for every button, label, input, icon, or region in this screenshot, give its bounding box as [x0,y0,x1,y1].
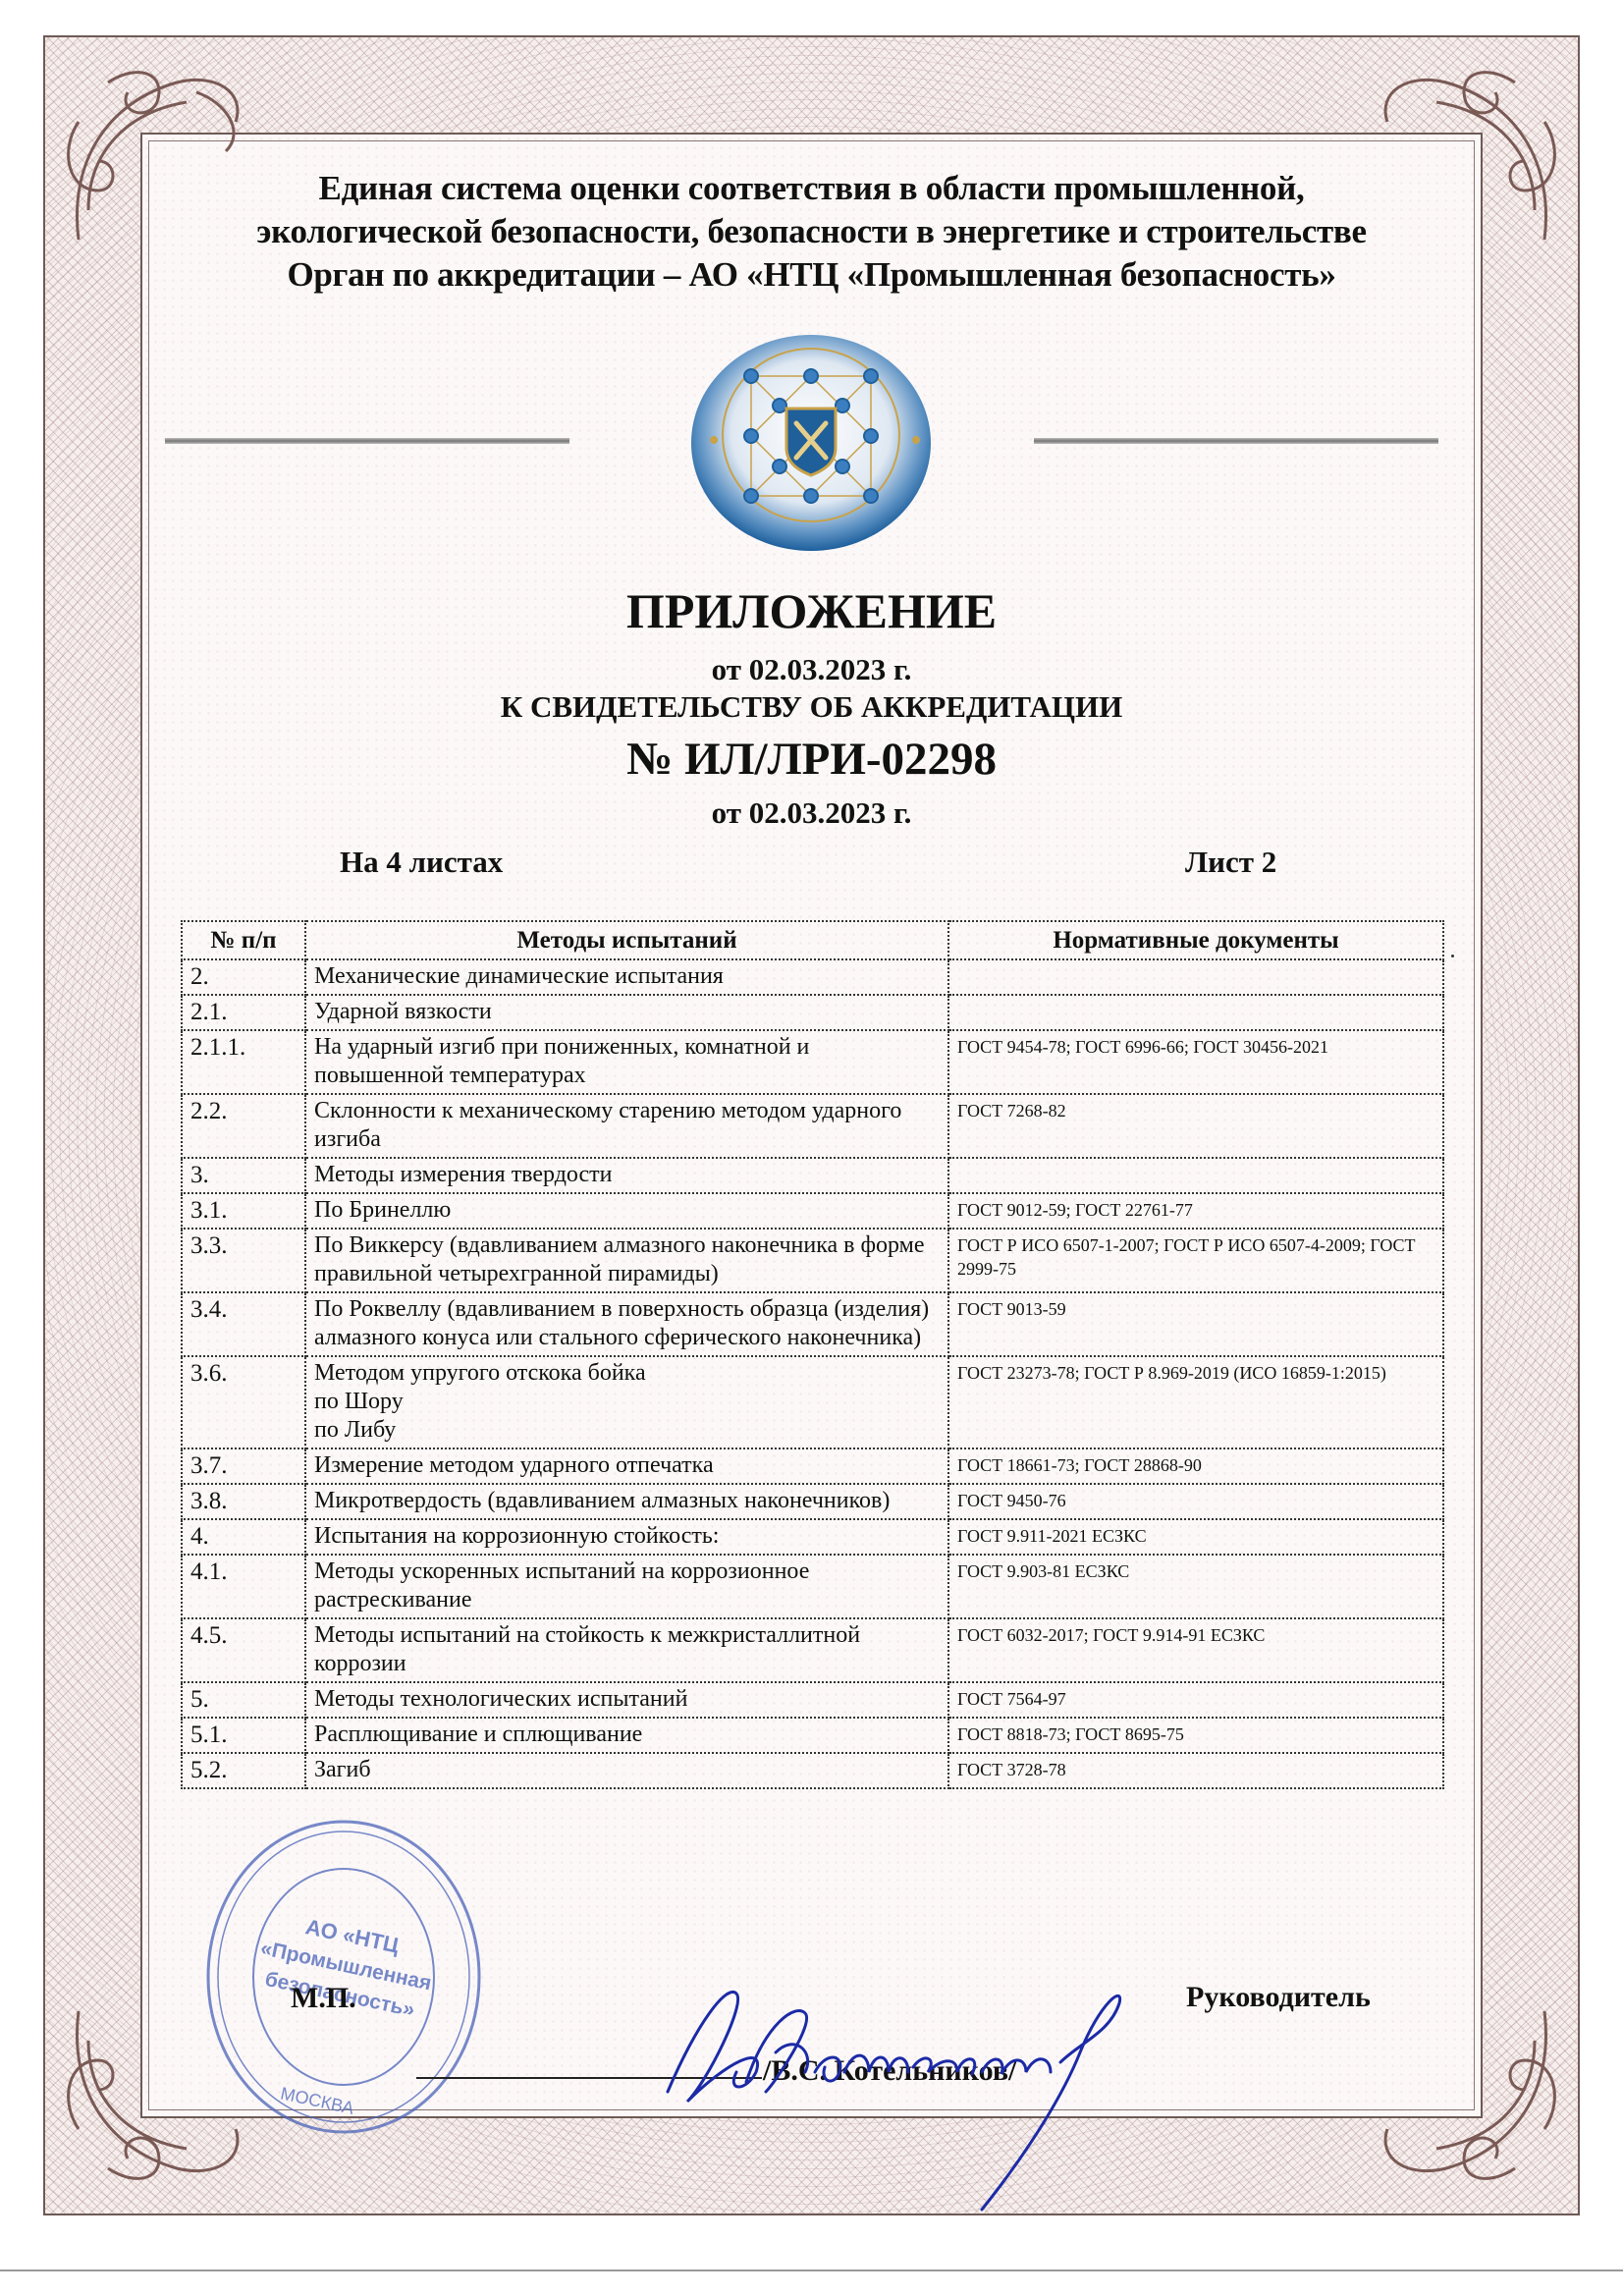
column-header-method: Методы испытаний [305,921,948,959]
table-header-row: № п/п Методы испытаний Нормативные докум… [182,921,1443,959]
normative-docs [948,959,1443,995]
row-number: 2.2. [182,1094,305,1158]
normative-docs: ГОСТ 8818-73; ГОСТ 8695-75 [948,1718,1443,1753]
divider [1034,438,1438,444]
method-name: Методом упругого отскока бойка по Шору п… [305,1356,948,1449]
column-header-number: № п/п [182,921,305,959]
table-row: 2.Механические динамические испытания [182,959,1443,995]
normative-docs: ГОСТ 9454-78; ГОСТ 6996-66; ГОСТ 30456-2… [948,1030,1443,1094]
row-number: 3.4. [182,1292,305,1356]
normative-docs: ГОСТ 9013-59 [948,1292,1443,1356]
row-number: 3.6. [182,1356,305,1449]
row-number: 4. [182,1519,305,1555]
official-seal-stamp: АО «НТЦ «Промышленная безопасность» МОСК… [201,1815,486,2139]
normative-docs: ГОСТ 18661-73; ГОСТ 28868-90 [948,1449,1443,1484]
column-header-docs: Нормативные документы [948,921,1443,959]
method-name: Методы технологических испытаний [305,1682,948,1718]
table-row: 3.8.Микротвердость (вдавливанием алмазны… [182,1484,1443,1519]
table-row: 4.Испытания на коррозионную стойкость:ГО… [182,1519,1443,1555]
normative-docs: ГОСТ 7268-82 [948,1094,1443,1158]
emblem-logo-icon [680,332,942,558]
table-row: 3.3.По Виккерсу (вдавливанием алмазного … [182,1229,1443,1292]
normative-docs: ГОСТ 9.911-2021 ЕСЗКС [948,1519,1443,1555]
document-title: ПРИЛОЖЕНИЕ [157,581,1466,640]
scan-edge-line [0,2269,1623,2271]
table-row: 2.1.1.На ударный изгиб при пониженных, к… [182,1030,1443,1094]
row-number: 4.5. [182,1618,305,1682]
method-name: Загиб [305,1753,948,1788]
certificate-number: № ИЛ/ЛРИ-02298 [157,732,1466,787]
method-name: По Роквеллу (вдавливанием в поверхность … [305,1292,948,1356]
row-number: 3.7. [182,1449,305,1484]
scan-speck [1451,955,1454,957]
table-row: 4.5.Методы испытаний на стойкость к межк… [182,1618,1443,1682]
normative-docs: ГОСТ 23273-78; ГОСТ Р 8.969-2019 (ИСО 16… [948,1356,1443,1449]
method-name: Ударной вязкости [305,995,948,1030]
methods-table: № п/п Методы испытаний Нормативные докум… [181,920,1444,1789]
row-number: 3.3. [182,1229,305,1292]
table-row: 5.2.ЗагибГОСТ 3728-78 [182,1753,1443,1788]
appendix-date: от 02.03.2023 г. [157,650,1466,689]
row-number: 3. [182,1158,305,1193]
normative-docs: ГОСТ 7564-97 [948,1682,1443,1718]
method-name: Методы измерения твердости [305,1158,948,1193]
row-number: 2. [182,959,305,995]
normative-docs: ГОСТ 6032-2017; ГОСТ 9.914-91 ЕСЗКС [948,1618,1443,1682]
method-name: По Виккерсу (вдавливанием алмазного нако… [305,1229,948,1292]
table-row: 2.2.Склонности к механическому старению … [182,1094,1443,1158]
header-line: Орган по аккредитации – АО «НТЦ «Промышл… [157,253,1466,297]
table-row: 3.1.По БринеллюГОСТ 9012-59; ГОСТ 22761-… [182,1193,1443,1229]
method-name: На ударный изгиб при пониженных, комнатн… [305,1030,948,1094]
method-name: Расплющивание и сплющивание [305,1718,948,1753]
header-line: экологической безопасности, безопасности… [157,210,1466,253]
table-row: 2.1.Ударной вязкости [182,995,1443,1030]
normative-docs: ГОСТ 3728-78 [948,1753,1443,1788]
method-name: Измерение методом ударного отпечатка [305,1449,948,1484]
table-row: 3.4.По Роквеллу (вдавливанием в поверхно… [182,1292,1443,1356]
row-number: 4.1. [182,1555,305,1618]
method-name: Испытания на коррозионную стойкость: [305,1519,948,1555]
table-row: 3.7.Измерение методом ударного отпечатка… [182,1449,1443,1484]
table-row: 4.1.Методы ускоренных испытаний на корро… [182,1555,1443,1618]
row-number: 5. [182,1682,305,1718]
method-name: По Бринеллю [305,1193,948,1229]
organization-header: Единая система оценки соответствия в обл… [157,167,1466,297]
row-number: 5.2. [182,1753,305,1788]
header-line: Единая система оценки соответствия в обл… [157,167,1466,210]
row-number: 5.1. [182,1718,305,1753]
row-number: 3.8. [182,1484,305,1519]
method-name: Методы ускоренных испытаний на коррозион… [305,1555,948,1618]
method-name: Механические динамические испытания [305,959,948,995]
normative-docs: ГОСТ Р ИСО 6507-1-2007; ГОСТ Р ИСО 6507-… [948,1229,1443,1292]
table-row: 3.Методы измерения твердости [182,1158,1443,1193]
normative-docs [948,1158,1443,1193]
seal-placeholder-label: М.П. [291,1982,356,2015]
normative-docs: ГОСТ 9450-76 [948,1484,1443,1519]
table-row: 5.Методы технологических испытанийГОСТ 7… [182,1682,1443,1718]
sheets-total: На 4 листах [340,843,503,882]
method-name: Склонности к механическому старению мето… [305,1094,948,1158]
certificate-date: от 02.03.2023 г. [157,793,1466,833]
handwritten-signature-icon [648,1964,1198,2219]
row-number: 2.1. [182,995,305,1030]
sheet-number: Лист 2 [1185,843,1276,882]
row-number: 3.1. [182,1193,305,1229]
table-row: 3.6.Методом упругого отскока бойка по Шо… [182,1356,1443,1449]
row-number: 2.1.1. [182,1030,305,1094]
method-name: Микротвердость (вдавливанием алмазных на… [305,1484,948,1519]
certificate-line: К СВИДЕТЕЛЬСТВУ ОБ АККРЕДИТАЦИИ [157,687,1466,727]
table-row: 5.1.Расплющивание и сплющиваниеГОСТ 8818… [182,1718,1443,1753]
normative-docs: ГОСТ 9012-59; ГОСТ 22761-77 [948,1193,1443,1229]
svg-text:МОСКВА: МОСКВА [279,2084,355,2118]
signer-role: Руководитель [1186,1981,1371,2014]
divider [165,438,569,444]
method-name: Методы испытаний на стойкость к межкрист… [305,1618,948,1682]
normative-docs [948,995,1443,1030]
normative-docs: ГОСТ 9.903-81 ЕСЗКС [948,1555,1443,1618]
